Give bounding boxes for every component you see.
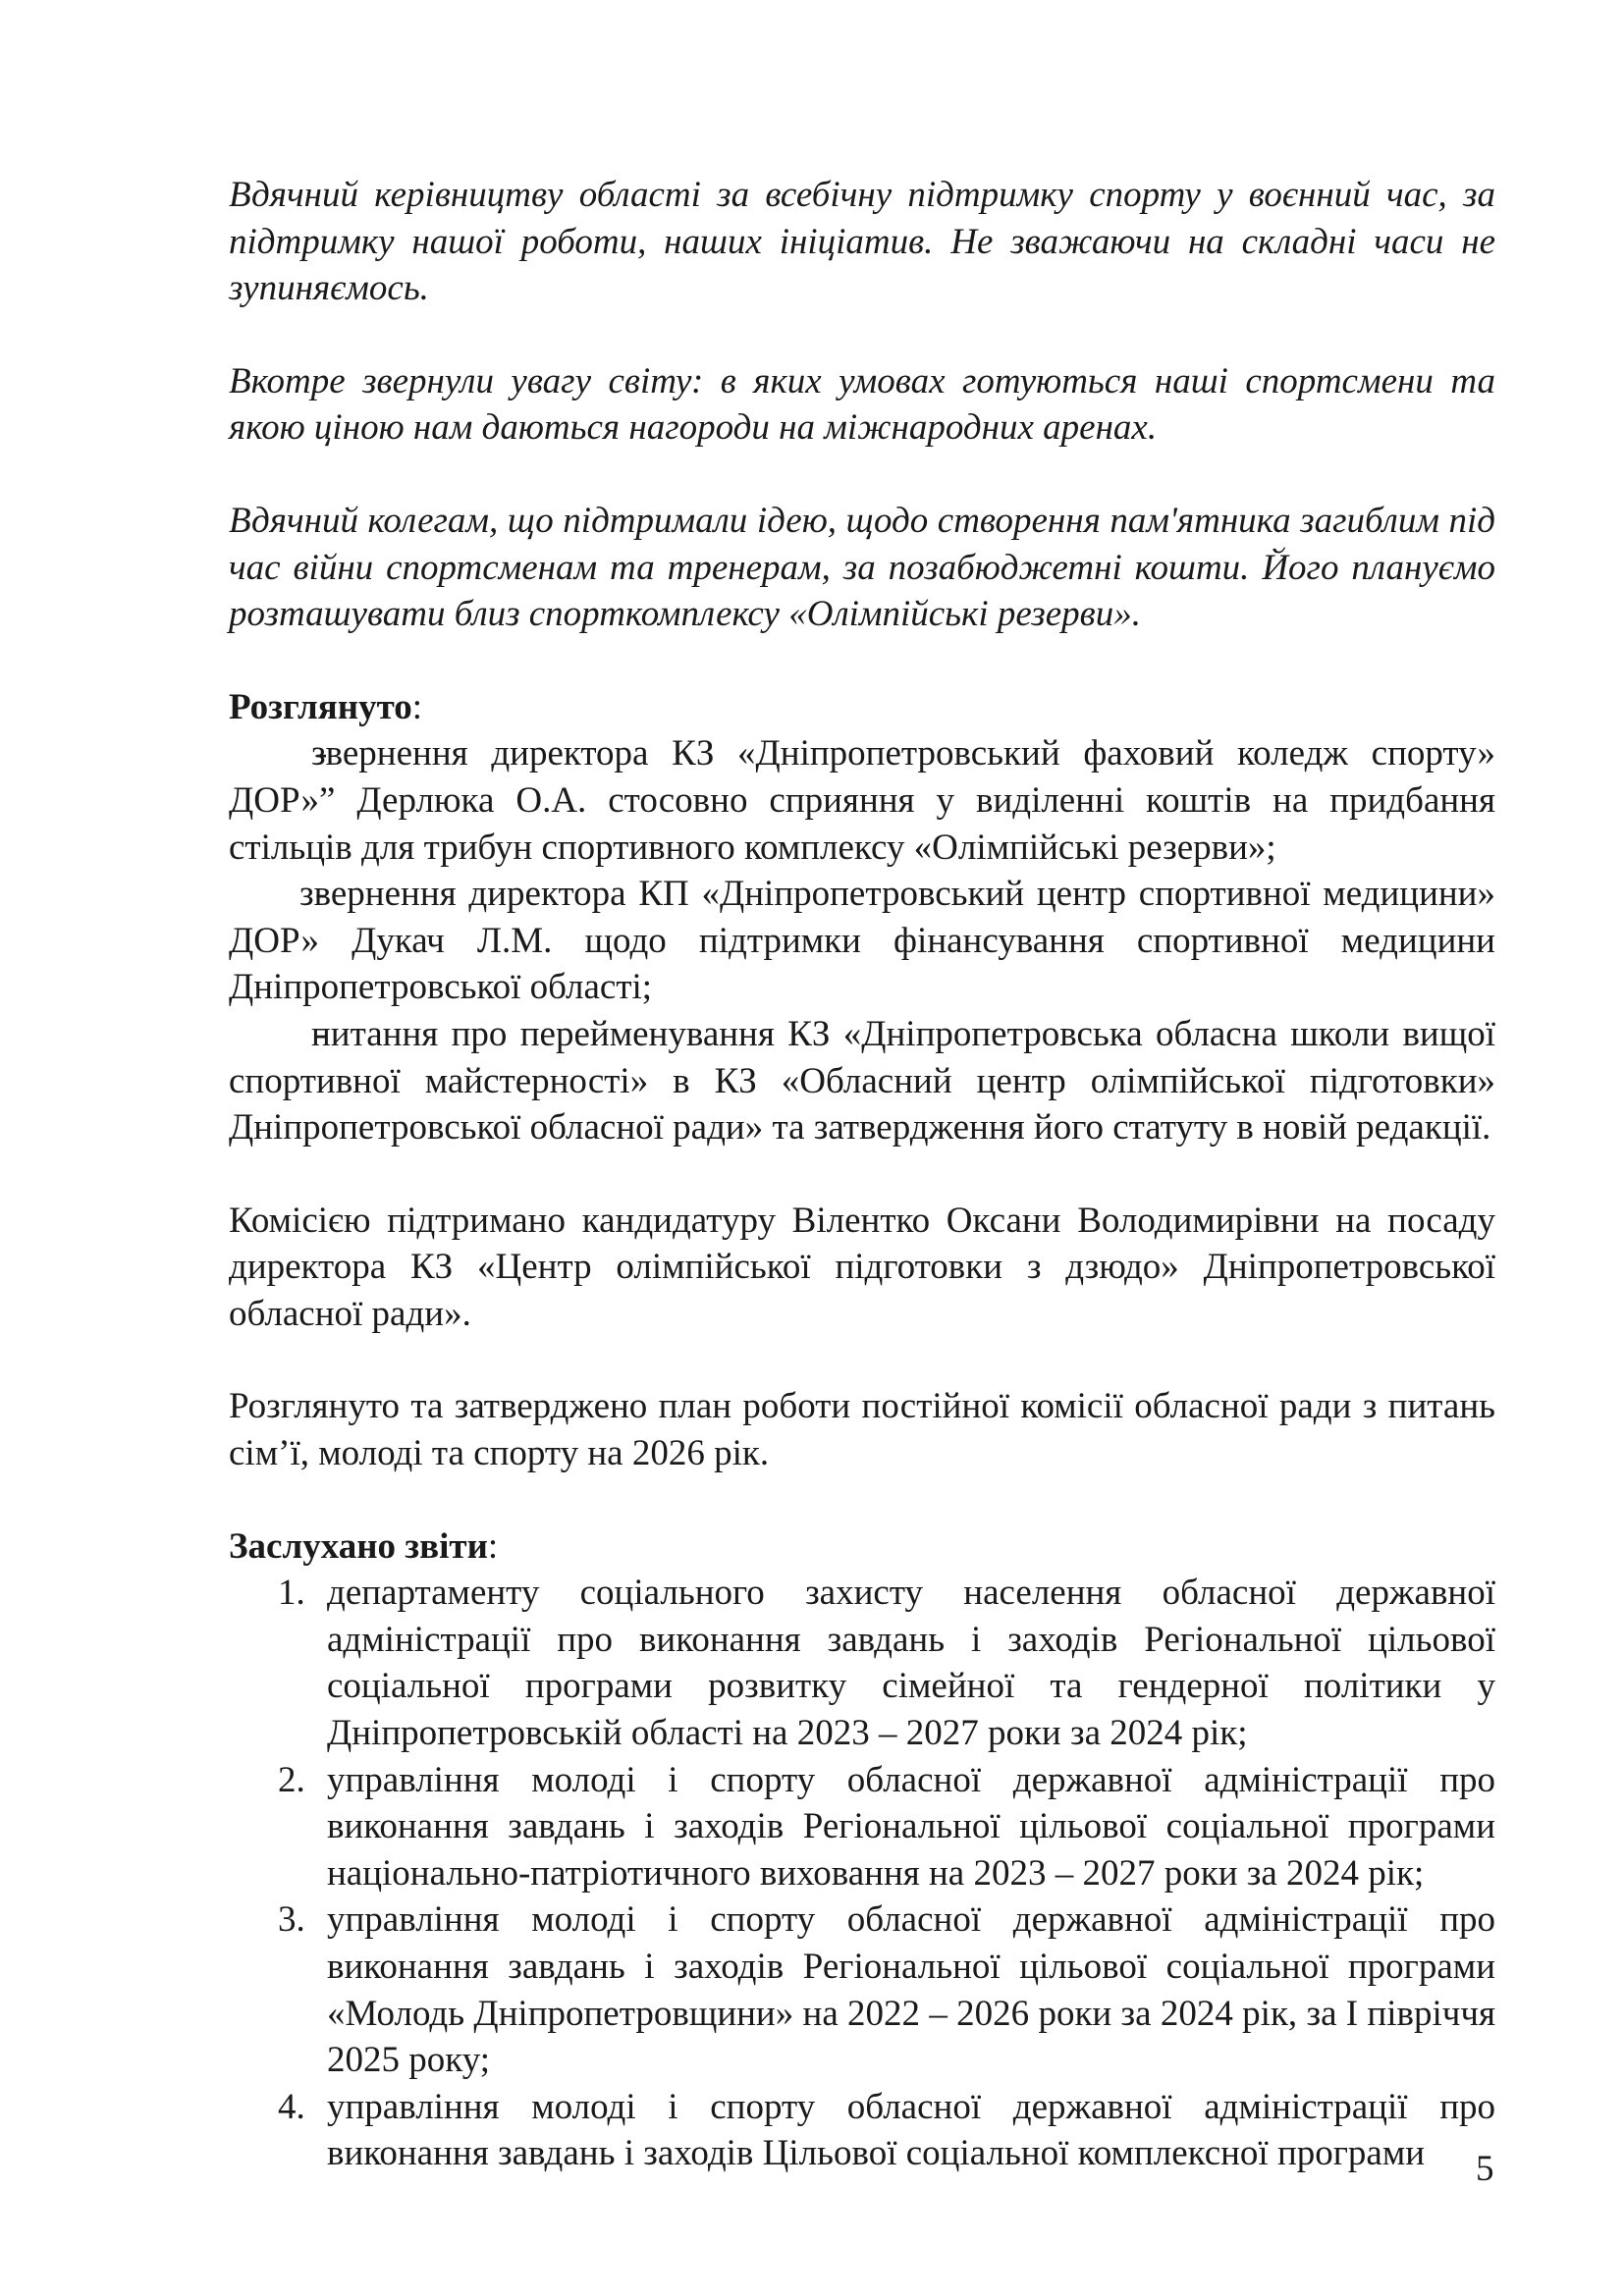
considered-section: Розглянуто: -звернення директора КЗ «Дні… xyxy=(229,684,1495,1151)
report-item-number: 1. xyxy=(278,1570,305,1617)
paragraph-work-plan: Розглянуто та затверджено план роботи по… xyxy=(229,1383,1495,1476)
report-item-number: 3. xyxy=(278,1896,305,1944)
intro-paragraph-gratitude-leadership: Вдячний керівництву області за всебічну … xyxy=(229,172,1495,312)
dash-bullet: - xyxy=(272,730,311,777)
report-item-text: управління молоді і спорту обласної держ… xyxy=(327,2087,1495,2174)
reports-list: 1.департаменту соціального захисту насел… xyxy=(229,1570,1495,2177)
considered-heading-colon: : xyxy=(412,687,422,727)
reports-heading-colon: : xyxy=(488,1526,498,1567)
report-item-text: управління молоді і спорту обласної держ… xyxy=(327,1899,1495,2080)
dash-bullet: - xyxy=(272,1011,311,1058)
considered-item: -звернення директора КП «Дніпропетровськ… xyxy=(229,871,1495,1011)
report-item: 4.управління молоді і спорту обласної де… xyxy=(327,2084,1495,2177)
considered-heading-text: Розглянуто xyxy=(229,687,412,727)
intro-paragraph-monument: Вдячний колегам, що підтримали ідею, щод… xyxy=(229,498,1495,638)
considered-item: -звернення директора КЗ «Дніпропетровськ… xyxy=(229,730,1495,871)
considered-item-text: звернення директора КЗ «Дніпропетровськи… xyxy=(229,733,1495,867)
report-item-text: управління молоді і спорту обласної держ… xyxy=(327,1760,1495,1894)
report-item: 3.управління молоді і спорту обласної де… xyxy=(327,1896,1495,2083)
report-item: 1.департаменту соціального захисту насел… xyxy=(327,1570,1495,1756)
considered-item: -питання про перейменування КЗ «Дніпропе… xyxy=(229,1011,1495,1151)
reports-heading: Заслухано звіти: xyxy=(229,1523,1495,1571)
document-page: Вдячний керівництву області за всебічну … xyxy=(229,172,1495,2177)
intro-paragraph-world-attention: Вкотре звернули увагу світу: в яких умов… xyxy=(229,358,1495,452)
considered-item-text: питання про перейменування КЗ «Дніпропет… xyxy=(229,1014,1495,1148)
dash-bullet: - xyxy=(272,871,299,918)
page-number: 5 xyxy=(1476,2148,1494,2190)
considered-item-text: звернення директора КП «Дніпропетровськи… xyxy=(229,874,1495,1007)
report-item-number: 4. xyxy=(278,2084,305,2131)
paragraph-candidate-support: Комісією підтримано кандидатуру Вілентко… xyxy=(229,1198,1495,1338)
reports-section: Заслухано звіти: 1.департаменту соціальн… xyxy=(229,1523,1495,2177)
considered-heading: Розглянуто: xyxy=(229,684,1495,731)
reports-heading-text: Заслухано звіти xyxy=(229,1526,488,1567)
report-item-number: 2. xyxy=(278,1757,305,1804)
report-item: 2.управління молоді і спорту обласної де… xyxy=(327,1757,1495,1897)
report-item-text: департаменту соціального захисту населен… xyxy=(327,1573,1495,1753)
